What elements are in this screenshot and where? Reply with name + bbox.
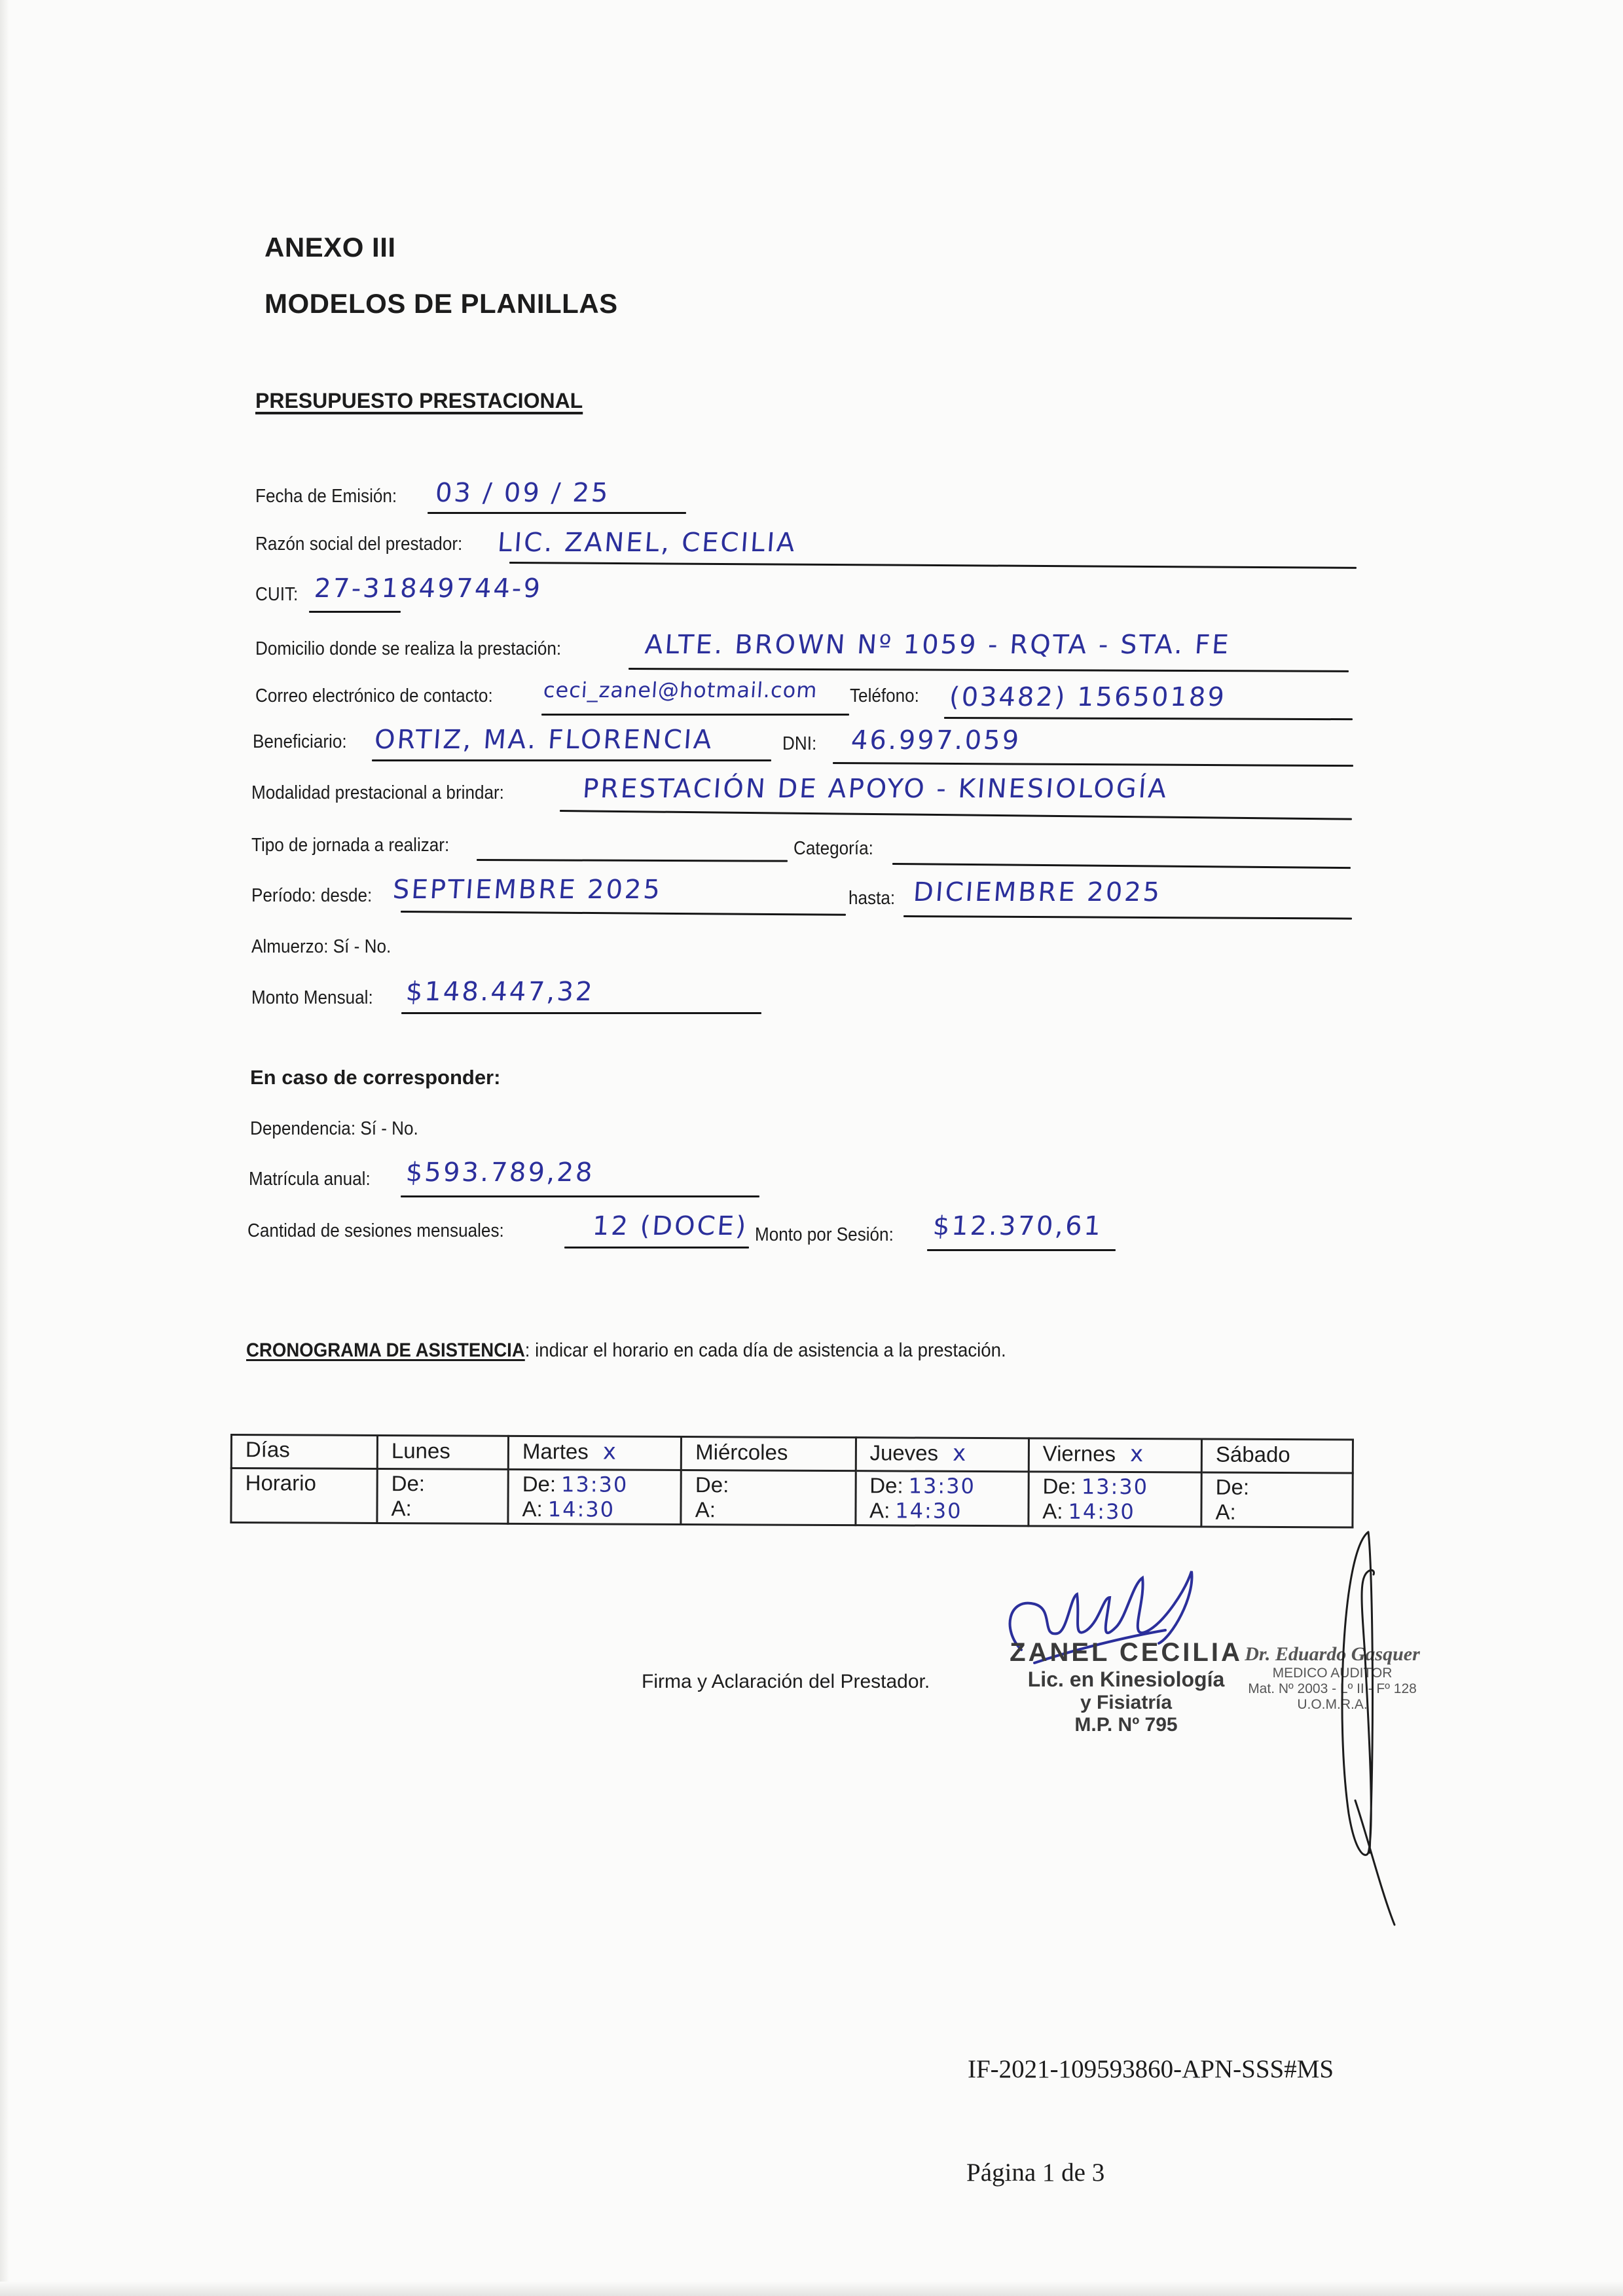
periodo-hasta-underline xyxy=(903,915,1352,920)
annex-title: ANEXO III xyxy=(264,232,396,263)
day-hours-cell[interactable]: De:13:30 A:14:30 xyxy=(1029,1472,1202,1527)
jornada-underline xyxy=(477,859,788,862)
from-time: 13:30 xyxy=(909,1474,976,1499)
modalidad-underline xyxy=(560,810,1352,820)
dependencia-option[interactable]: Dependencia: Sí - No. xyxy=(250,1118,418,1140)
day-hours-cell[interactable]: De: A: xyxy=(1201,1472,1353,1527)
schedule-table: Días Lunes Martesx Miércoles Juevesx Vie… xyxy=(230,1434,1354,1528)
day-hours-cell[interactable]: De: A: xyxy=(681,1470,856,1525)
categoria-underline xyxy=(892,863,1351,869)
to-time: 14:30 xyxy=(548,1497,615,1522)
from-time: 13:30 xyxy=(1082,1474,1148,1499)
fecha-underline xyxy=(428,512,686,514)
monto-mensual-field[interactable]: $148.447,32 xyxy=(405,977,595,1007)
periodo-hasta-label: hasta: xyxy=(848,888,895,909)
day-header: Lunes xyxy=(377,1435,508,1469)
from-time: 13:30 xyxy=(561,1472,628,1497)
cuit-label: CUIT: xyxy=(255,584,298,606)
razon-field[interactable]: LIC. ZANEL, CECILIA xyxy=(496,528,797,558)
cronograma-title: CRONOGRAMA DE ASISTENCIA: indicar el hor… xyxy=(246,1339,1006,1362)
modalidad-label: Modalidad prestacional a brindar: xyxy=(251,782,504,804)
section-title: PRESUPUESTO PRESTACIONAL xyxy=(255,389,583,413)
domicilio-label: Domicilio donde se realiza la prestación… xyxy=(255,638,561,660)
jornada-label: Tipo de jornada a realizar: xyxy=(251,835,449,856)
categoria-label: Categoría: xyxy=(793,838,873,860)
dni-underline xyxy=(833,762,1353,767)
periodo-desde-underline xyxy=(401,911,846,916)
matricula-field[interactable]: $593.789,28 xyxy=(405,1157,595,1188)
optional-heading: En caso de corresponder: xyxy=(250,1066,500,1089)
scan-edge xyxy=(0,0,9,2296)
periodo-hasta-field[interactable]: DICIEMBRE 2025 xyxy=(912,877,1162,907)
day-check-mark: x xyxy=(953,1440,966,1467)
razon-label: Razón social del prestador: xyxy=(255,534,462,555)
to-time: 14:30 xyxy=(895,1498,962,1523)
monto-mensual-underline xyxy=(401,1012,761,1014)
day-hours-cell[interactable]: De:13:30 A:14:30 xyxy=(856,1471,1029,1526)
days-row-label: Días xyxy=(231,1435,377,1469)
sesiones-label: Cantidad de sesiones mensuales: xyxy=(247,1220,504,1242)
monto-sesion-label: Monto por Sesión: xyxy=(755,1224,894,1246)
monto-sesion-field[interactable]: $12.370,61 xyxy=(932,1211,1103,1241)
correo-field[interactable]: ceci_zanel@hotmail.com xyxy=(543,678,818,702)
monto-mensual-label: Monto Mensual: xyxy=(251,987,373,1009)
page-number: Página 1 de 3 xyxy=(966,2158,1104,2187)
hours-row-label: Horario xyxy=(231,1468,377,1523)
telefono-field[interactable]: (03482) 15650189 xyxy=(948,682,1227,712)
modalidad-field[interactable]: PRESTACIÓN DE APOYO - KINESIOLOGÍA xyxy=(581,774,1169,804)
beneficiario-underline xyxy=(372,759,771,761)
day-hours-cell[interactable]: De:13:30 A:14:30 xyxy=(508,1469,682,1524)
day-check-mark: x xyxy=(1130,1441,1143,1467)
day-header: Sábado xyxy=(1201,1439,1353,1473)
day-header: Juevesx xyxy=(856,1438,1029,1472)
domicilio-field[interactable]: ALTE. BROWN Nº 1059 - RQTA - STA. FE xyxy=(644,630,1231,660)
dni-label: DNI: xyxy=(782,733,816,755)
cronograma-heading: CRONOGRAMA DE ASISTENCIA xyxy=(246,1339,525,1361)
cuit-field[interactable]: 27-31849744-9 xyxy=(313,574,543,604)
beneficiario-field[interactable]: ORTIZ, MA. FLORENCIA xyxy=(373,725,714,755)
periodo-desde-label: Período: desde: xyxy=(251,885,372,907)
beneficiario-label: Beneficiario: xyxy=(253,731,347,753)
fecha-field[interactable]: 03 / 09 / 25 xyxy=(434,478,611,508)
stamp-license: M.P. Nº 795 xyxy=(1002,1714,1250,1736)
day-header: Miércoles xyxy=(682,1437,856,1471)
cronograma-instruction: : indicar el horario en cada día de asis… xyxy=(525,1339,1006,1361)
day-header: Martesx xyxy=(508,1436,681,1470)
domicilio-underline xyxy=(629,668,1349,672)
matricula-underline xyxy=(401,1195,759,1197)
fecha-label: Fecha de Emisión: xyxy=(255,486,397,507)
document-id: IF-2021-109593860-APN-SSS#MS xyxy=(968,2054,1334,2084)
day-check-mark: x xyxy=(603,1438,616,1465)
signature-caption: Firma y Aclaración del Prestador. xyxy=(642,1671,930,1693)
day-header: Viernesx xyxy=(1029,1438,1201,1472)
scan-bottom-edge xyxy=(0,2282,1623,2296)
correo-label: Correo electrónico de contacto: xyxy=(255,685,493,707)
sesiones-underline xyxy=(564,1247,749,1248)
matricula-label: Matrícula anual: xyxy=(249,1169,371,1190)
monto-sesion-underline xyxy=(927,1249,1116,1251)
day-hours-cell[interactable]: De: A: xyxy=(377,1468,508,1523)
razon-underline xyxy=(509,562,1357,569)
document-title: MODELOS DE PLANILLAS xyxy=(264,288,618,319)
dni-field[interactable]: 46.997.059 xyxy=(850,725,1021,756)
sesiones-field[interactable]: 12 (DOCE) xyxy=(591,1211,749,1241)
periodo-desde-field[interactable]: SEPTIEMBRE 2025 xyxy=(392,875,663,905)
correo-underline xyxy=(541,714,849,716)
telefono-underline xyxy=(944,717,1353,720)
telefono-label: Teléfono: xyxy=(850,685,919,707)
to-time: 14:30 xyxy=(1068,1499,1135,1524)
almuerzo-option[interactable]: Almuerzo: Sí - No. xyxy=(251,936,391,958)
auditor-signature-loop-icon xyxy=(1329,1525,1408,1931)
cuit-underline xyxy=(309,611,401,613)
